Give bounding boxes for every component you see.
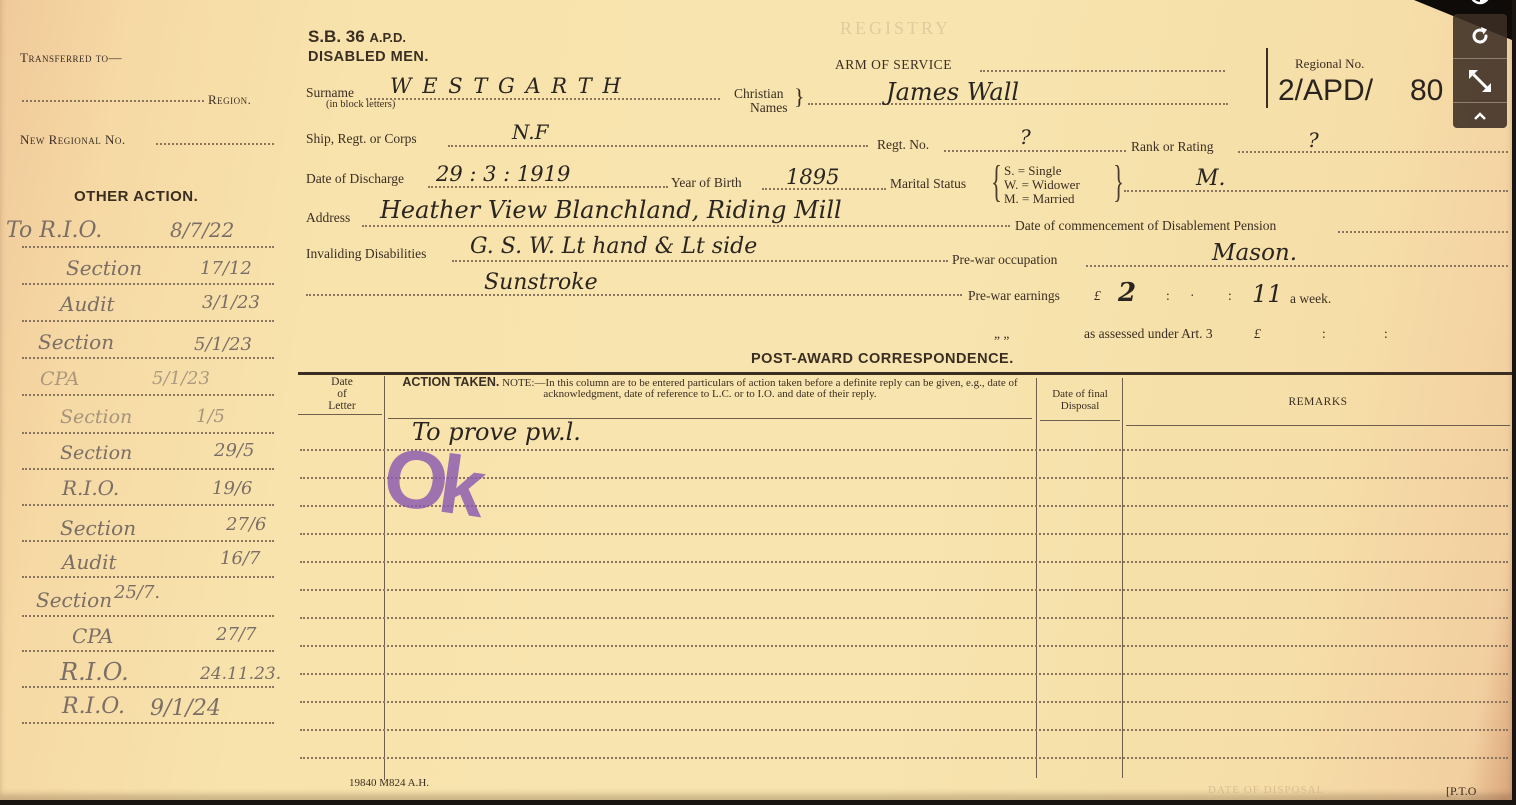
other-action-date: 17/12 bbox=[200, 258, 252, 279]
other-action-entry: Section bbox=[60, 516, 136, 540]
table-row[interactable] bbox=[300, 477, 1508, 479]
christian-names-value: James Wall bbox=[886, 78, 1019, 106]
entry-line bbox=[22, 283, 274, 285]
earnings-pence-value: 11 bbox=[1252, 280, 1283, 308]
entry-line bbox=[22, 540, 274, 542]
rank-field[interactable] bbox=[1238, 151, 1508, 153]
regt-no-value: ? bbox=[1020, 125, 1031, 149]
other-action-entry: R.I.O. bbox=[60, 658, 129, 686]
table-row[interactable] bbox=[300, 617, 1508, 619]
col-header-remarks: REMARKS bbox=[1128, 396, 1508, 408]
other-action-entry: Section bbox=[36, 588, 112, 612]
marital-status-label: Marital Status bbox=[890, 176, 966, 192]
col-header-date-of-letter: Date of Letter bbox=[300, 376, 384, 412]
other-action-entry: Section bbox=[60, 406, 132, 428]
assessed-pound-sign: £ bbox=[1254, 326, 1261, 342]
rotate-clockwise-icon bbox=[1468, 24, 1492, 48]
disabilities-field-line-2[interactable] bbox=[306, 294, 962, 296]
earnings-pounds-value: 2 bbox=[1118, 278, 1136, 308]
year-of-birth-value: 1895 bbox=[786, 165, 839, 189]
other-action-date: 27/7 bbox=[216, 624, 256, 645]
collapse-button[interactable] bbox=[1453, 103, 1507, 128]
table-row[interactable] bbox=[300, 533, 1508, 535]
header-underline bbox=[298, 414, 382, 415]
ok-stamp: Ok bbox=[378, 430, 484, 536]
pre-war-occupation-label: Pre-war occupation bbox=[952, 252, 1057, 268]
other-action-date: 25/7. bbox=[114, 582, 160, 603]
pension-commencement-field[interactable] bbox=[1338, 231, 1508, 233]
colon-separator: : bbox=[1384, 326, 1388, 342]
rotate-button[interactable] bbox=[1453, 14, 1507, 59]
entry-line bbox=[22, 686, 274, 688]
disabilities-value-2: Sunstroke bbox=[484, 270, 598, 295]
brace: } bbox=[794, 84, 805, 110]
marital-option-married: M. = Married bbox=[1004, 192, 1080, 206]
col-header-date-final-disposal: Date of final Disposal bbox=[1040, 388, 1120, 412]
other-action-entry: To R.I.O. bbox=[6, 218, 102, 243]
regt-no-field[interactable] bbox=[944, 150, 1126, 152]
col-header-action-taken: ACTION TAKEN. NOTE:—In this column are t… bbox=[390, 377, 1030, 400]
marital-options: S. = Single W. = Widower M. = Married bbox=[1004, 164, 1080, 206]
other-action-date: 24.11.23. bbox=[200, 664, 281, 684]
other-action-date: 5/1/23 bbox=[152, 368, 210, 389]
disabilities-field-line-1[interactable] bbox=[452, 260, 948, 262]
form-code-number: S.B. 36 bbox=[308, 27, 365, 46]
pre-war-earnings-label: Pre-war earnings bbox=[968, 288, 1060, 304]
form-code: S.B. 36 A.P.D. bbox=[308, 27, 406, 47]
brace-right: } bbox=[1113, 160, 1124, 204]
date-of-discharge-label: Date of Discharge bbox=[306, 171, 404, 187]
marital-option-single: S. = Single bbox=[1004, 164, 1080, 178]
table-row[interactable] bbox=[300, 561, 1508, 563]
entry-line bbox=[22, 394, 274, 396]
assessed-label: as assessed under Art. 3 bbox=[1084, 326, 1213, 342]
entry-line bbox=[22, 246, 274, 248]
pre-war-occupation-value: Mason. bbox=[1212, 240, 1297, 266]
address-field[interactable] bbox=[362, 225, 1010, 227]
table-row[interactable] bbox=[300, 701, 1508, 703]
other-action-entry: R.I.O. bbox=[62, 476, 119, 500]
surname-value: W E S T G A R T H bbox=[390, 74, 623, 98]
colon-separator: : bbox=[1322, 326, 1326, 342]
header-underline bbox=[1040, 420, 1120, 421]
chevron-up-icon bbox=[1473, 111, 1487, 121]
other-action-date: 1/5 bbox=[196, 406, 225, 427]
pension-commencement-label: Date of commencement of Disablement Pens… bbox=[1015, 218, 1276, 234]
other-action-entry: Section bbox=[66, 256, 142, 280]
new-regional-no-line bbox=[156, 143, 274, 145]
regional-no-value: 2/APD/ bbox=[1278, 74, 1373, 108]
entry-line bbox=[22, 320, 274, 322]
brace-left: { bbox=[991, 160, 1002, 204]
new-regional-no-label: New Regional No. bbox=[20, 132, 126, 148]
table-row[interactable] bbox=[300, 589, 1508, 591]
region-label: Region. bbox=[208, 92, 251, 108]
table-row[interactable] bbox=[300, 673, 1508, 675]
entry-line bbox=[22, 432, 274, 434]
fullscreen-button[interactable] bbox=[1453, 59, 1507, 103]
address-value: Heather View Blanchland, Riding Mill bbox=[380, 196, 842, 224]
ship-regt-corps-value: N.F bbox=[512, 120, 548, 144]
address-label: Address bbox=[306, 210, 350, 226]
other-action-entry: Audit bbox=[60, 292, 115, 316]
arm-of-service-field[interactable] bbox=[980, 70, 1225, 72]
marital-status-value: M. bbox=[1196, 166, 1226, 191]
other-action-entry: R.I.O. bbox=[62, 694, 125, 719]
table-row[interactable] bbox=[300, 729, 1508, 731]
entry-line bbox=[22, 722, 274, 724]
other-action-entry: CPA bbox=[40, 368, 79, 390]
rank-value: ? bbox=[1308, 128, 1319, 152]
entry-line bbox=[22, 468, 274, 470]
faint-registry-stamp: REGISTRY bbox=[840, 18, 951, 39]
date-of-discharge-field[interactable] bbox=[428, 186, 668, 188]
table-row[interactable] bbox=[300, 757, 1508, 759]
col-divider bbox=[1036, 378, 1037, 778]
other-action-date: 16/7 bbox=[220, 548, 260, 569]
please-turn-over: [P.T.O bbox=[1446, 784, 1476, 799]
other-action-entry: Section bbox=[38, 330, 114, 354]
year-of-birth-label: Year of Birth bbox=[671, 175, 742, 191]
other-action-date: 3/1/23 bbox=[202, 292, 260, 313]
marital-status-field[interactable] bbox=[1124, 190, 1508, 192]
entry-line bbox=[22, 615, 274, 617]
table-row[interactable] bbox=[300, 645, 1508, 647]
entry-line bbox=[22, 504, 274, 506]
a-week-label: a week. bbox=[1290, 291, 1331, 307]
other-action-date: 9/1/24 bbox=[150, 696, 221, 721]
colon-separator: : bbox=[1166, 288, 1170, 304]
regional-no-label: Regional No. bbox=[1295, 56, 1364, 72]
header-underline bbox=[1126, 425, 1510, 426]
entry-line bbox=[22, 650, 274, 652]
other-action-date: 27/6 bbox=[226, 514, 266, 535]
date-of-discharge-value: 29 : 3 : 1919 bbox=[436, 162, 570, 186]
col-divider bbox=[1122, 378, 1123, 778]
pension-record-card: Transferred to— Region. New Regional No.… bbox=[0, 0, 1512, 800]
action-taken-heading: ACTION TAKEN. bbox=[402, 375, 499, 389]
region-dotted-line bbox=[22, 100, 204, 102]
other-action-entry: Section bbox=[60, 442, 132, 464]
table-row[interactable] bbox=[300, 505, 1508, 507]
ship-regt-corps-field[interactable] bbox=[448, 145, 868, 147]
printer-mark: 19840 M824 A.H. bbox=[349, 777, 429, 789]
expand-arrows-icon bbox=[1466, 67, 1494, 95]
regional-no-number: 80 bbox=[1410, 74, 1443, 108]
action-taken-note: NOTE:—In this column are to be entered p… bbox=[502, 377, 1018, 400]
other-action-date: 19/6 bbox=[212, 478, 252, 499]
transferred-to-label: Transferred to— bbox=[20, 50, 122, 66]
earnings-shillings-value: · bbox=[1190, 288, 1195, 304]
entry-line bbox=[22, 576, 274, 578]
correspondence-title: POST-AWARD CORRESPONDENCE. bbox=[751, 351, 1014, 367]
other-action-date: 29/5 bbox=[214, 440, 254, 461]
other-action-date: 8/7/22 bbox=[170, 218, 234, 242]
entry-line bbox=[22, 357, 274, 359]
pound-sign: £ bbox=[1094, 288, 1101, 304]
other-action-entry: CPA bbox=[72, 624, 113, 648]
colon-separator: : bbox=[1228, 288, 1232, 304]
other-action-title: OTHER ACTION. bbox=[74, 188, 198, 205]
form-title: DISABLED MEN. bbox=[308, 49, 429, 65]
marital-option-widower: W. = Widower bbox=[1004, 178, 1080, 192]
rank-label: Rank or Rating bbox=[1131, 139, 1214, 155]
christian-names-label-2: Names bbox=[750, 100, 788, 116]
ditto-marks: „ „ bbox=[994, 326, 1009, 342]
surname-sublabel: (in block letters) bbox=[326, 99, 395, 110]
regional-divider bbox=[1266, 48, 1268, 108]
contrast-icon[interactable] bbox=[1468, 0, 1492, 8]
arm-of-service-label: ARM OF SERVICE bbox=[835, 57, 952, 73]
disabilities-value-1: G. S. W. Lt hand & Lt side bbox=[470, 234, 757, 259]
other-action-date: 5/1/23 bbox=[194, 334, 252, 355]
invaliding-disabilities-label: Invaliding Disabilities bbox=[306, 246, 426, 262]
col-divider bbox=[384, 376, 385, 780]
surname-field[interactable] bbox=[366, 98, 720, 100]
ship-regt-corps-label: Ship, Regt. or Corps bbox=[306, 131, 417, 147]
regt-no-label: Regt. No. bbox=[877, 137, 929, 153]
other-action-entry: Audit bbox=[62, 550, 117, 574]
form-code-suffix: A.P.D. bbox=[369, 30, 406, 45]
faint-disposal-stamp: DATE OF DISPOSAL bbox=[1208, 784, 1324, 796]
